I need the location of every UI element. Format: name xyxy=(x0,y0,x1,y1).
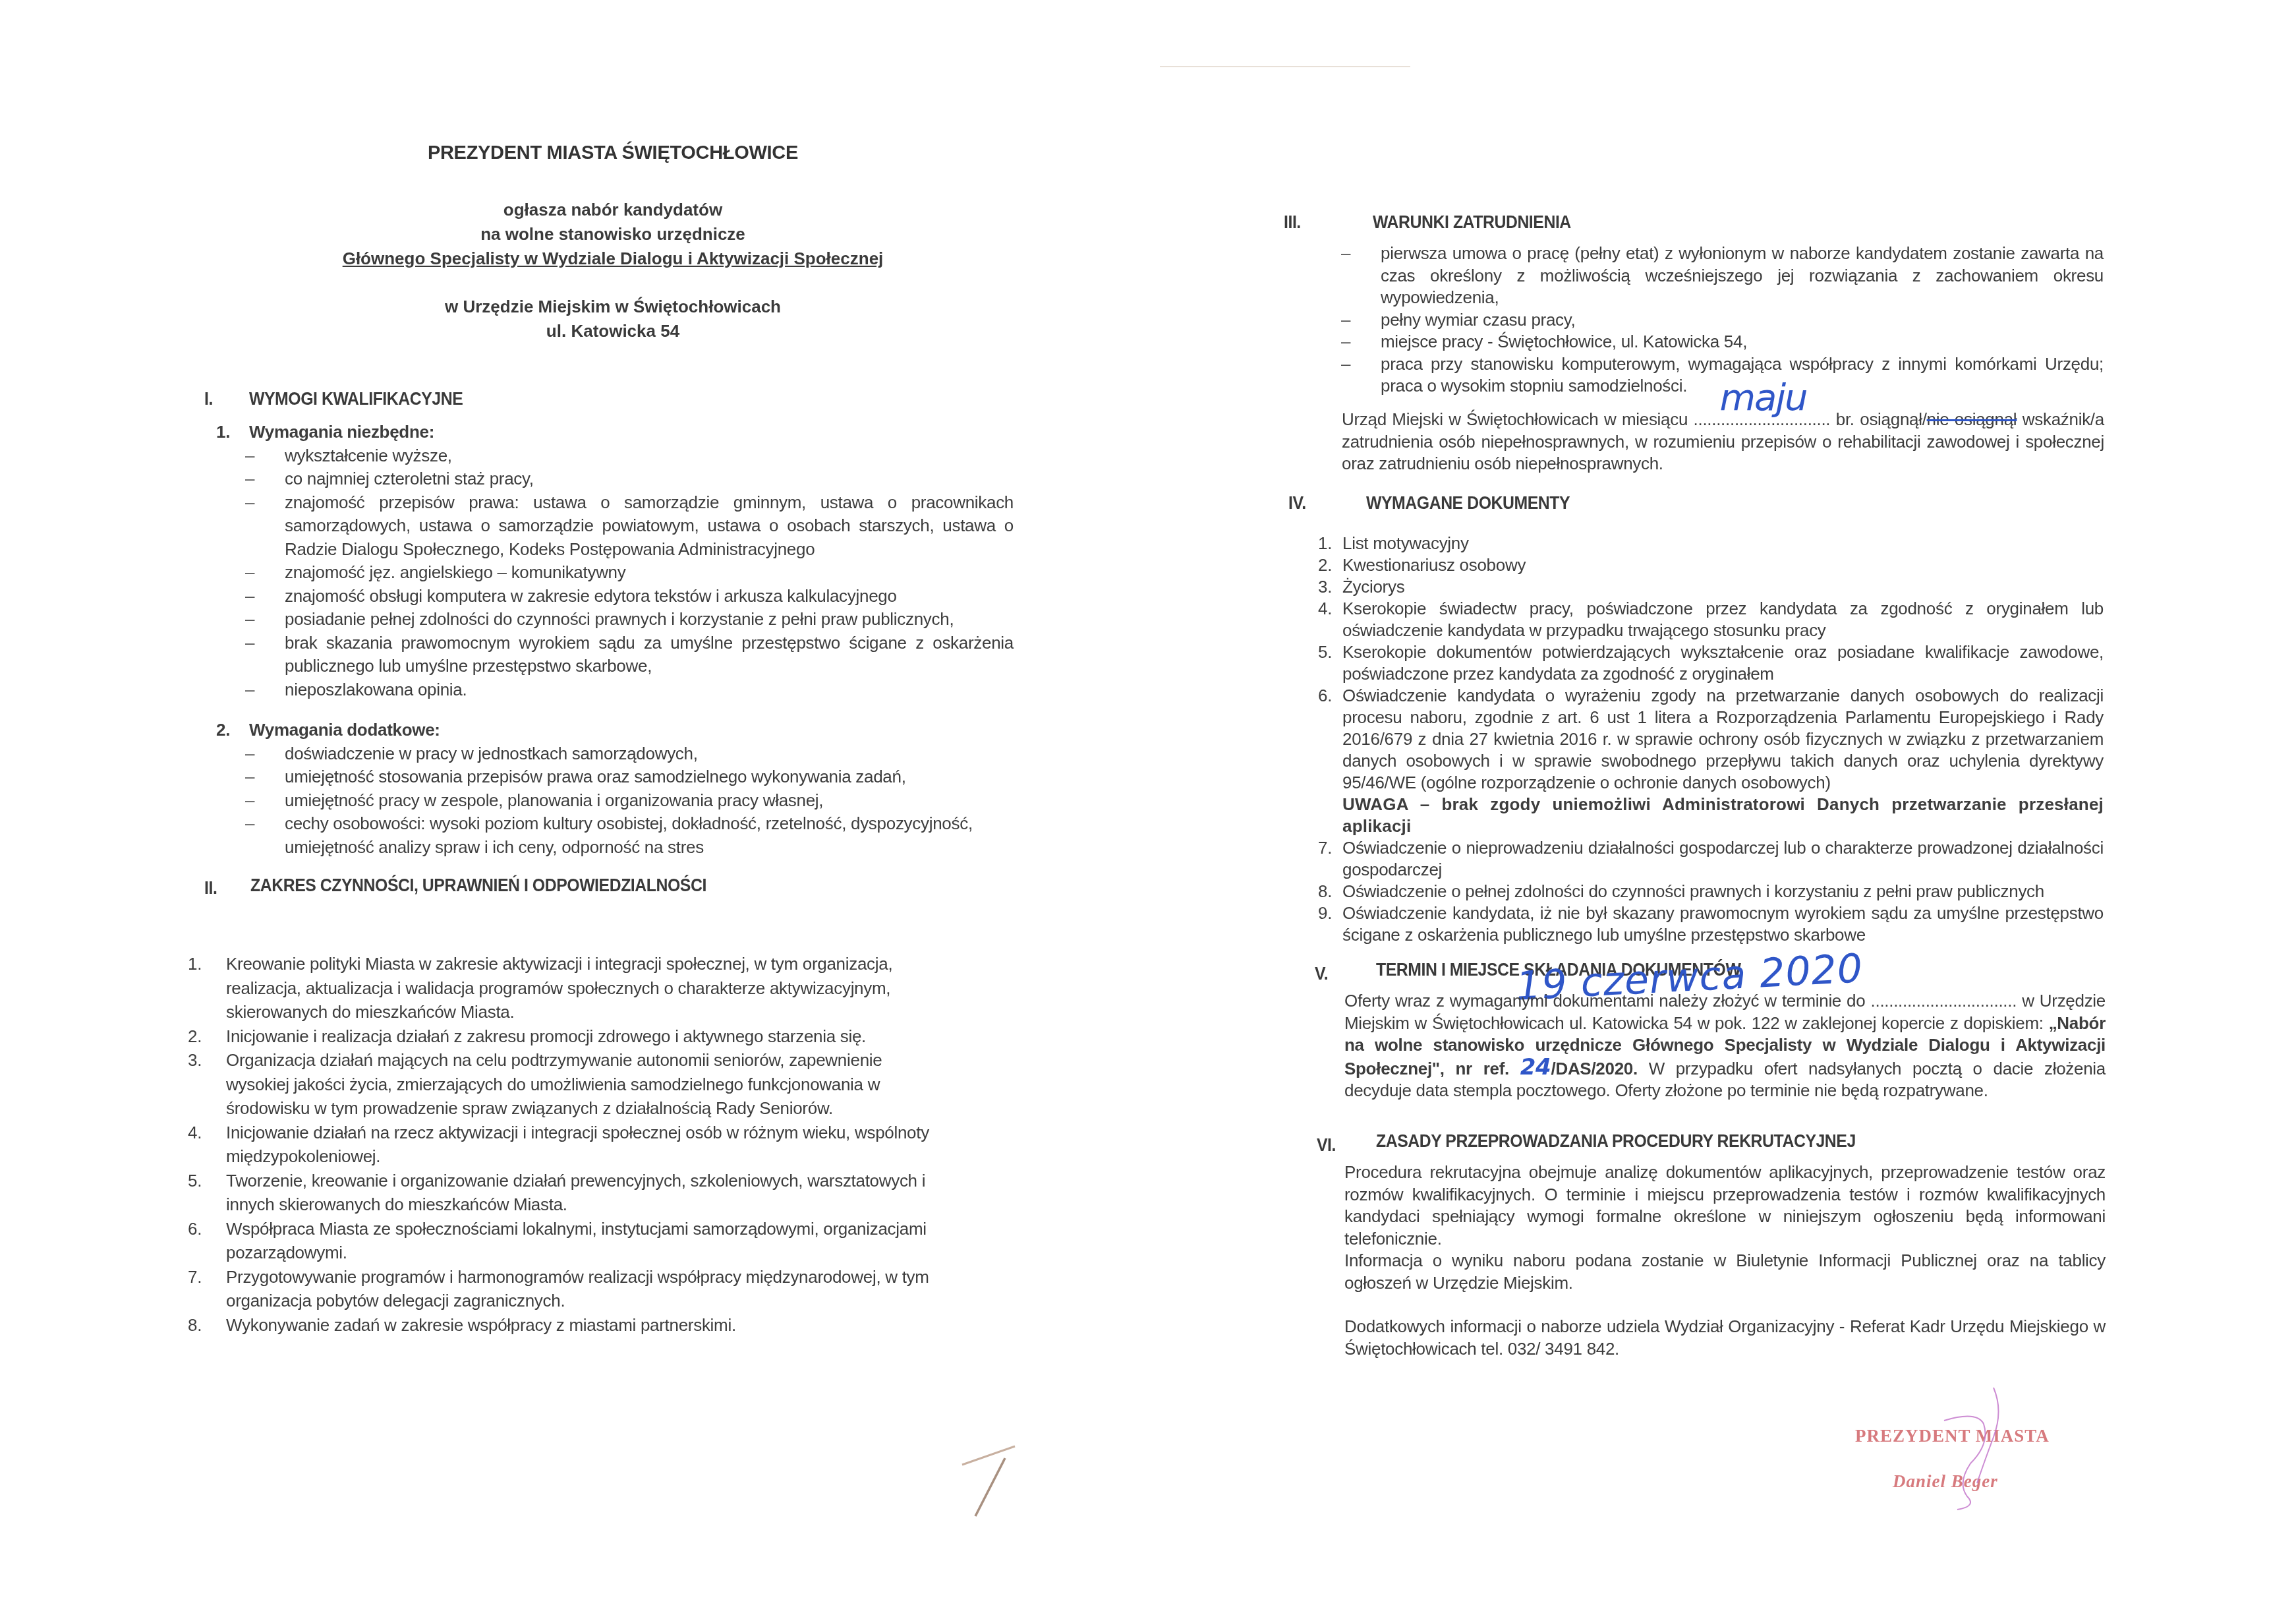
section-4-title: WYMAGANE DOKUMENTY xyxy=(1366,493,1570,514)
section-3-title: WARUNKI ZATRUDNIENIA xyxy=(1373,212,1571,233)
list-item: posiadanie pełnej zdolności do czynności… xyxy=(245,608,1014,632)
section-3-body: pierwsza umowa o pracę (pełny etat) z wy… xyxy=(1341,243,2104,397)
list-item: 2.Kwestionariusz osobowy xyxy=(1318,554,2104,576)
list-item: nieposzlakowana opinia. xyxy=(245,678,1014,702)
list-item: co najmniej czteroletni staż pracy, xyxy=(245,467,1014,491)
recruitment-procedure-text: Procedura rekrutacyjna obejmuje analizę … xyxy=(1344,1162,2106,1250)
contact-info-text: Dodatkowych informacji o naborze udziela… xyxy=(1344,1316,2106,1360)
section-1-body: 1.Wymagania niezbędne: wykształcenie wyż… xyxy=(216,421,1014,859)
list-item: miejsce pracy - Świętochłowice, ul. Kato… xyxy=(1341,331,2104,353)
list-item: 1.List motywacyjny xyxy=(1318,533,2104,554)
section-3-number: III. xyxy=(1284,212,1301,233)
handwritten-month: maju xyxy=(1720,387,1807,409)
list-item: 4.Kserokopie świadectw pracy, poświadczo… xyxy=(1318,598,2104,641)
scan-artifact-line xyxy=(1160,66,1410,67)
office-name: w Urzędzie Miejskim w Świętochłowicach xyxy=(316,295,909,319)
section-2-number: II. xyxy=(204,878,217,898)
announce-line-1: ogłasza nabór kandydatów xyxy=(316,198,909,222)
signature-icon xyxy=(1931,1384,2010,1516)
announcement-heading: ogłasza nabór kandydatów na wolne stanow… xyxy=(316,198,909,343)
section-6-title: ZASADY PRZEPROWADZANIA PROCEDURY REKRUTA… xyxy=(1376,1131,1856,1152)
list-item: wykształcenie wyższe, xyxy=(245,444,1014,468)
section-2-body: 1.Kreowanie polityki Miasta w zakresie a… xyxy=(188,952,949,1337)
list-item: 2.Inicjowanie i realizacja działań z zak… xyxy=(188,1024,949,1049)
list-item: 7.Przygotowywanie programów i harmonogra… xyxy=(188,1265,949,1313)
list-item: cechy osobowości: wysoki poziom kultury … xyxy=(245,812,1014,859)
list-item: 3.Organizacja działań mających na celu p… xyxy=(188,1048,949,1121)
list-item: 1.Kreowanie polityki Miasta w zakresie a… xyxy=(188,952,949,1024)
requirements-essential-heading: 1.Wymagania niezbędne: xyxy=(216,421,1014,444)
list-item: 8.Oświadczenie o pełnej zdolności do czy… xyxy=(1318,881,2104,902)
list-item: znajomość przepisów prawa: ustawa o samo… xyxy=(245,491,1014,562)
handwritten-ref-number: 24 xyxy=(1520,1054,1551,1080)
list-item: 9.Oświadczenie kandydata, iż nie był ska… xyxy=(1318,902,2104,946)
requirements-additional-heading: 2.Wymagania dodatkowe: xyxy=(216,719,1014,742)
list-item: 4.Inicjowanie działań na rzecz aktywizac… xyxy=(188,1121,949,1169)
section-1-number: I. xyxy=(204,389,213,409)
consent-warning: UWAGA – brak zgody uniemożliwi Administr… xyxy=(1342,794,2104,837)
duties-list: 1.Kreowanie polityki Miasta w zakresie a… xyxy=(188,952,949,1337)
list-item: brak skazania prawomocnym wyrokiem sądu … xyxy=(245,632,1014,678)
list-item: pełny wymiar czasu pracy, xyxy=(1341,309,2104,332)
results-info-text: Informacja o wyniku naboru podana zostan… xyxy=(1344,1250,2106,1294)
list-item: znajomość obsługi komputera w zakresie e… xyxy=(245,585,1014,608)
section-1-title: WYMOGI KWALIFIKACYJNE xyxy=(249,389,463,409)
position-title: Głównego Specjalisty w Wydziale Dialogu … xyxy=(316,247,909,271)
struck-text: nie osiągnął xyxy=(1927,409,2017,429)
required-documents-list: 1.List motywacyjny 2.Kwestionariusz osob… xyxy=(1318,533,2104,946)
list-item: 5.Kserokopie dokumentów potwierdzających… xyxy=(1318,641,2104,685)
list-item: 8.Wykonywanie zadań w zakresie współprac… xyxy=(188,1313,949,1338)
list-item: 3.Życiorys xyxy=(1318,576,2104,598)
section-4-body: 1.List motywacyjny 2.Kwestionariusz osob… xyxy=(1318,533,2104,946)
list-item: 5.Tworzenie, kreowanie i organizowanie d… xyxy=(188,1169,949,1217)
pen-stroke-mark xyxy=(949,1444,1021,1523)
list-item: 6.Współpraca Miasta ze społecznościami l… xyxy=(188,1217,949,1265)
section-5-number: V. xyxy=(1315,964,1328,984)
list-item: pierwsza umowa o pracę (pełny etat) z wy… xyxy=(1341,243,2104,309)
section-4-number: IV. xyxy=(1288,493,1306,514)
list-item: umiejętność stosowania przepisów prawa o… xyxy=(245,765,1014,789)
announce-line-2: na wolne stanowisko urzędnicze xyxy=(316,222,909,247)
requirements-additional-list: doświadczenie w pracy w jednostkach samo… xyxy=(245,742,1014,860)
section-2-title: ZAKRES CZYNNOŚCI, UPRAWNIEŃ I ODPOWIEDZI… xyxy=(250,875,706,896)
office-address: ul. Katowicka 54 xyxy=(316,319,909,343)
list-item: znajomość jęz. angielskiego – komunikaty… xyxy=(245,561,1014,585)
section-5-body: Oferty wraz z wymaganymi dokumentami nal… xyxy=(1344,990,2106,1102)
requirements-essential-list: wykształcenie wyższe, co najmniej cztero… xyxy=(245,444,1014,702)
list-item: umiejętność pracy w zespole, planowania … xyxy=(245,789,1014,813)
list-item: 6.Oświadczenie kandydata o wyrażeniu zgo… xyxy=(1318,685,2104,837)
list-item: 7.Oświadczenie o nieprowadzeniu działaln… xyxy=(1318,837,2104,881)
list-item: doświadczenie w pracy w jednostkach samo… xyxy=(245,742,1014,766)
employment-conditions-list: pierwsza umowa o pracę (pełny etat) z wy… xyxy=(1341,243,2104,397)
section-6-body: Procedura rekrutacyjna obejmuje analizę … xyxy=(1344,1162,2106,1360)
issuer-title: PREZYDENT MIASTA ŚWIĘTOCHŁOWICE xyxy=(316,142,909,164)
section-6-number: VI. xyxy=(1317,1135,1336,1156)
disability-statement: Urząd Miejski w Świętochłowicach w miesi… xyxy=(1342,409,2104,475)
